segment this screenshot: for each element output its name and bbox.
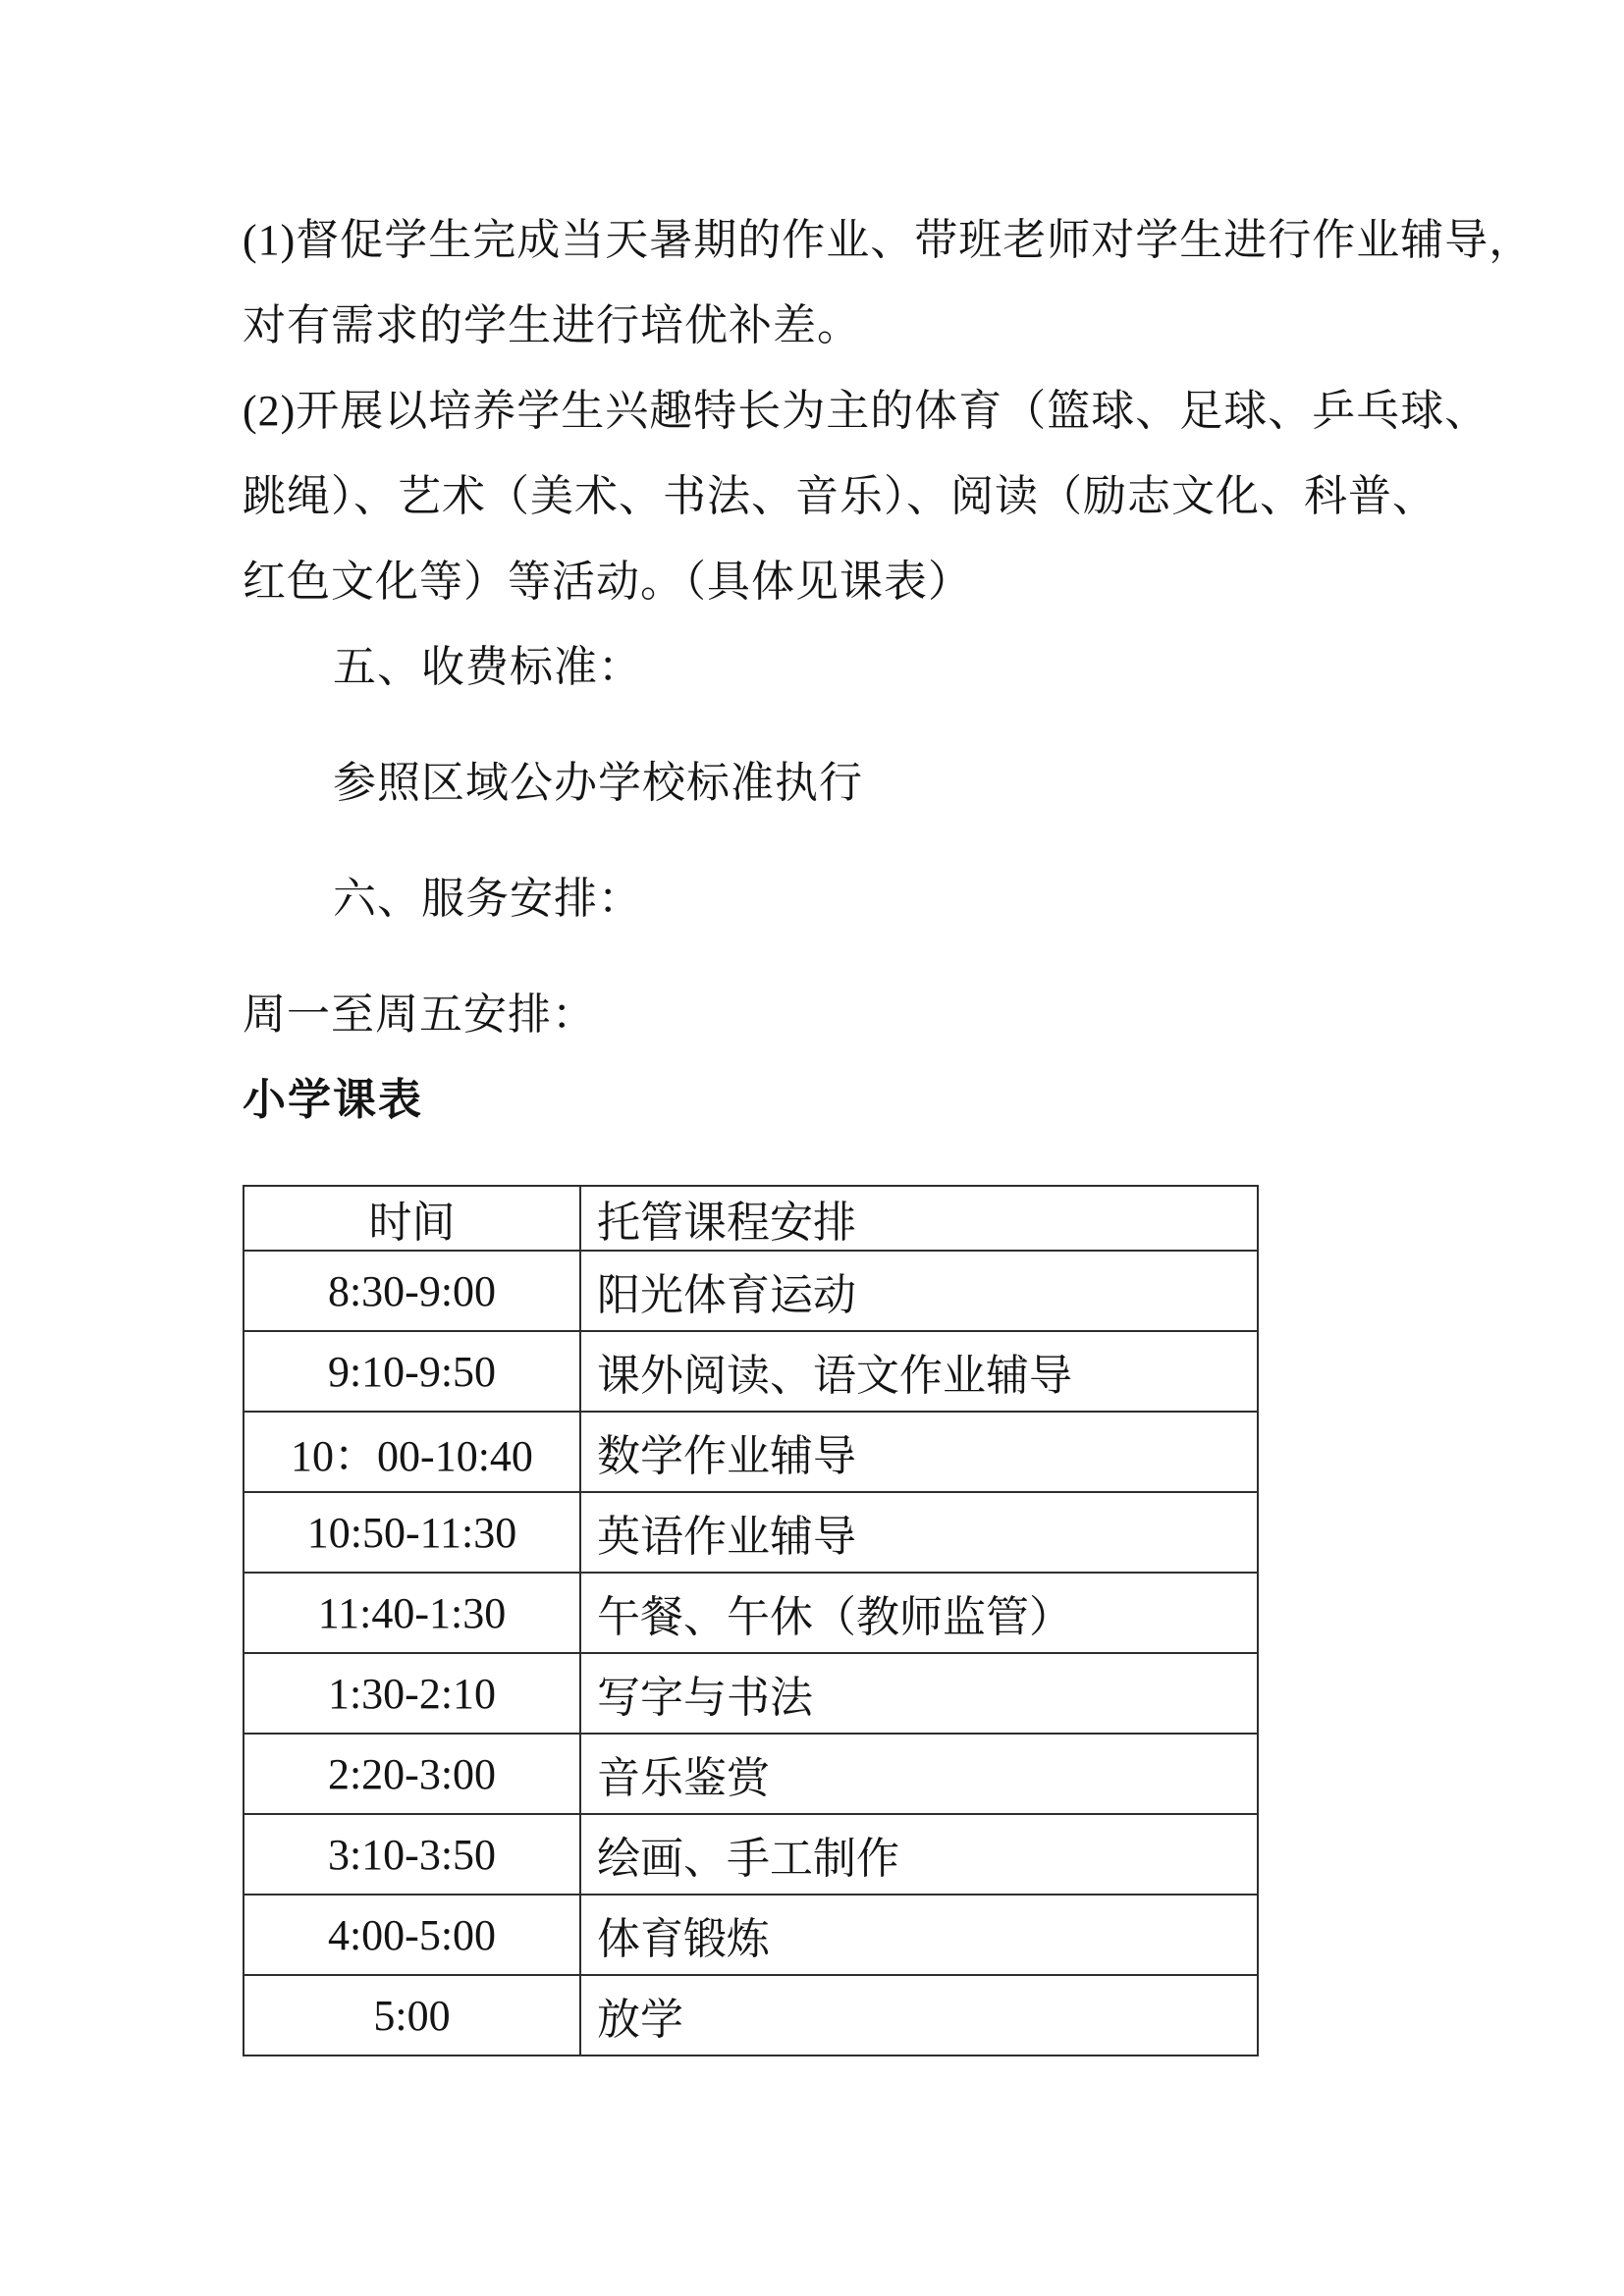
column-header-time: 时间 bbox=[244, 1186, 580, 1251]
header-row: 时间 托管课程安排 bbox=[244, 1186, 1258, 1251]
time-cell: 10:50-11:30 bbox=[244, 1492, 580, 1573]
table-row: 8:30-9:00阳光体育运动 bbox=[244, 1251, 1258, 1331]
course-cell: 写字与书法 bbox=[580, 1653, 1258, 1734]
schedule-heading: 小学课表 bbox=[243, 1057, 1431, 1143]
time-cell: 2:20-3:00 bbox=[244, 1734, 580, 1814]
time-cell: 5:00 bbox=[244, 1975, 580, 2056]
paragraph-line: (1)督促学生完成当天暑期的作业、带班老师对学生进行作业辅导， bbox=[243, 197, 1431, 283]
course-cell: 课外阅读、语文作业辅导 bbox=[580, 1331, 1258, 1412]
table-row: 2:20-3:00音乐鉴赏 bbox=[244, 1734, 1258, 1814]
table-row: 4:00-5:00体育锻炼 bbox=[244, 1895, 1258, 1975]
time-cell: 11:40-1:30 bbox=[244, 1573, 580, 1653]
column-header-course: 托管课程安排 bbox=[580, 1186, 1258, 1251]
paragraph-line: (2)开展以培养学生兴趣特长为主的体育（篮球、足球、乒乓球、 bbox=[243, 368, 1431, 454]
document-content: (1)督促学生完成当天暑期的作业、带班老师对学生进行作业辅导，对有需求的学生进行… bbox=[243, 197, 1431, 2056]
paragraph-line: 周一至周五安排： bbox=[243, 972, 1431, 1057]
course-cell: 数学作业辅导 bbox=[580, 1412, 1258, 1492]
table-row: 9:10-9:50课外阅读、语文作业辅导 bbox=[244, 1331, 1258, 1412]
paragraph-line: 对有需求的学生进行培优补差。 bbox=[243, 283, 1431, 368]
table-row: 10:50-11:30英语作业辅导 bbox=[244, 1492, 1258, 1573]
time-cell: 10：00-10:40 bbox=[244, 1412, 580, 1492]
time-cell: 1:30-2:10 bbox=[244, 1653, 580, 1734]
course-cell: 阳光体育运动 bbox=[580, 1251, 1258, 1331]
table-row: 1:30-2:10写字与书法 bbox=[244, 1653, 1258, 1734]
schedule-table: 时间 托管课程安排 8:30-9:00阳光体育运动9:10-9:50课外阅读、语… bbox=[243, 1185, 1259, 2056]
paragraph-line: 参照区域公办学校标准执行 bbox=[243, 740, 1431, 826]
paragraph-block: (1)督促学生完成当天暑期的作业、带班老师对学生进行作业辅导，对有需求的学生进行… bbox=[243, 197, 1431, 1143]
paragraph-line: 五、收费标准： bbox=[243, 624, 1431, 710]
table-row: 3:10-3:50绘画、手工制作 bbox=[244, 1814, 1258, 1895]
table-row: 11:40-1:30午餐、午休（教师监管） bbox=[244, 1573, 1258, 1653]
time-cell: 8:30-9:00 bbox=[244, 1251, 580, 1331]
course-cell: 绘画、手工制作 bbox=[580, 1814, 1258, 1895]
document-page: (1)督促学生完成当天暑期的作业、带班老师对学生进行作业辅导，对有需求的学生进行… bbox=[0, 0, 1624, 2296]
paragraph-line: 跳绳）、艺术（美术、书法、音乐）、阅读（励志文化、科普、 bbox=[243, 454, 1431, 539]
course-cell: 体育锻炼 bbox=[580, 1895, 1258, 1975]
course-cell: 放学 bbox=[580, 1975, 1258, 2056]
course-cell: 英语作业辅导 bbox=[580, 1492, 1258, 1573]
time-cell: 3:10-3:50 bbox=[244, 1814, 580, 1895]
schedule-table-body: 8:30-9:00阳光体育运动9:10-9:50课外阅读、语文作业辅导10：00… bbox=[244, 1251, 1258, 2056]
table-row: 10：00-10:40数学作业辅导 bbox=[244, 1412, 1258, 1492]
time-cell: 4:00-5:00 bbox=[244, 1895, 580, 1975]
course-cell: 音乐鉴赏 bbox=[580, 1734, 1258, 1814]
table-row: 5:00放学 bbox=[244, 1975, 1258, 2056]
paragraph-line: 红色文化等）等活动。（具体见课表） bbox=[243, 539, 1431, 624]
time-cell: 9:10-9:50 bbox=[244, 1331, 580, 1412]
schedule-table-header: 时间 托管课程安排 bbox=[244, 1186, 1258, 1251]
paragraph-line: 六、服务安排： bbox=[243, 856, 1431, 941]
course-cell: 午餐、午休（教师监管） bbox=[580, 1573, 1258, 1653]
